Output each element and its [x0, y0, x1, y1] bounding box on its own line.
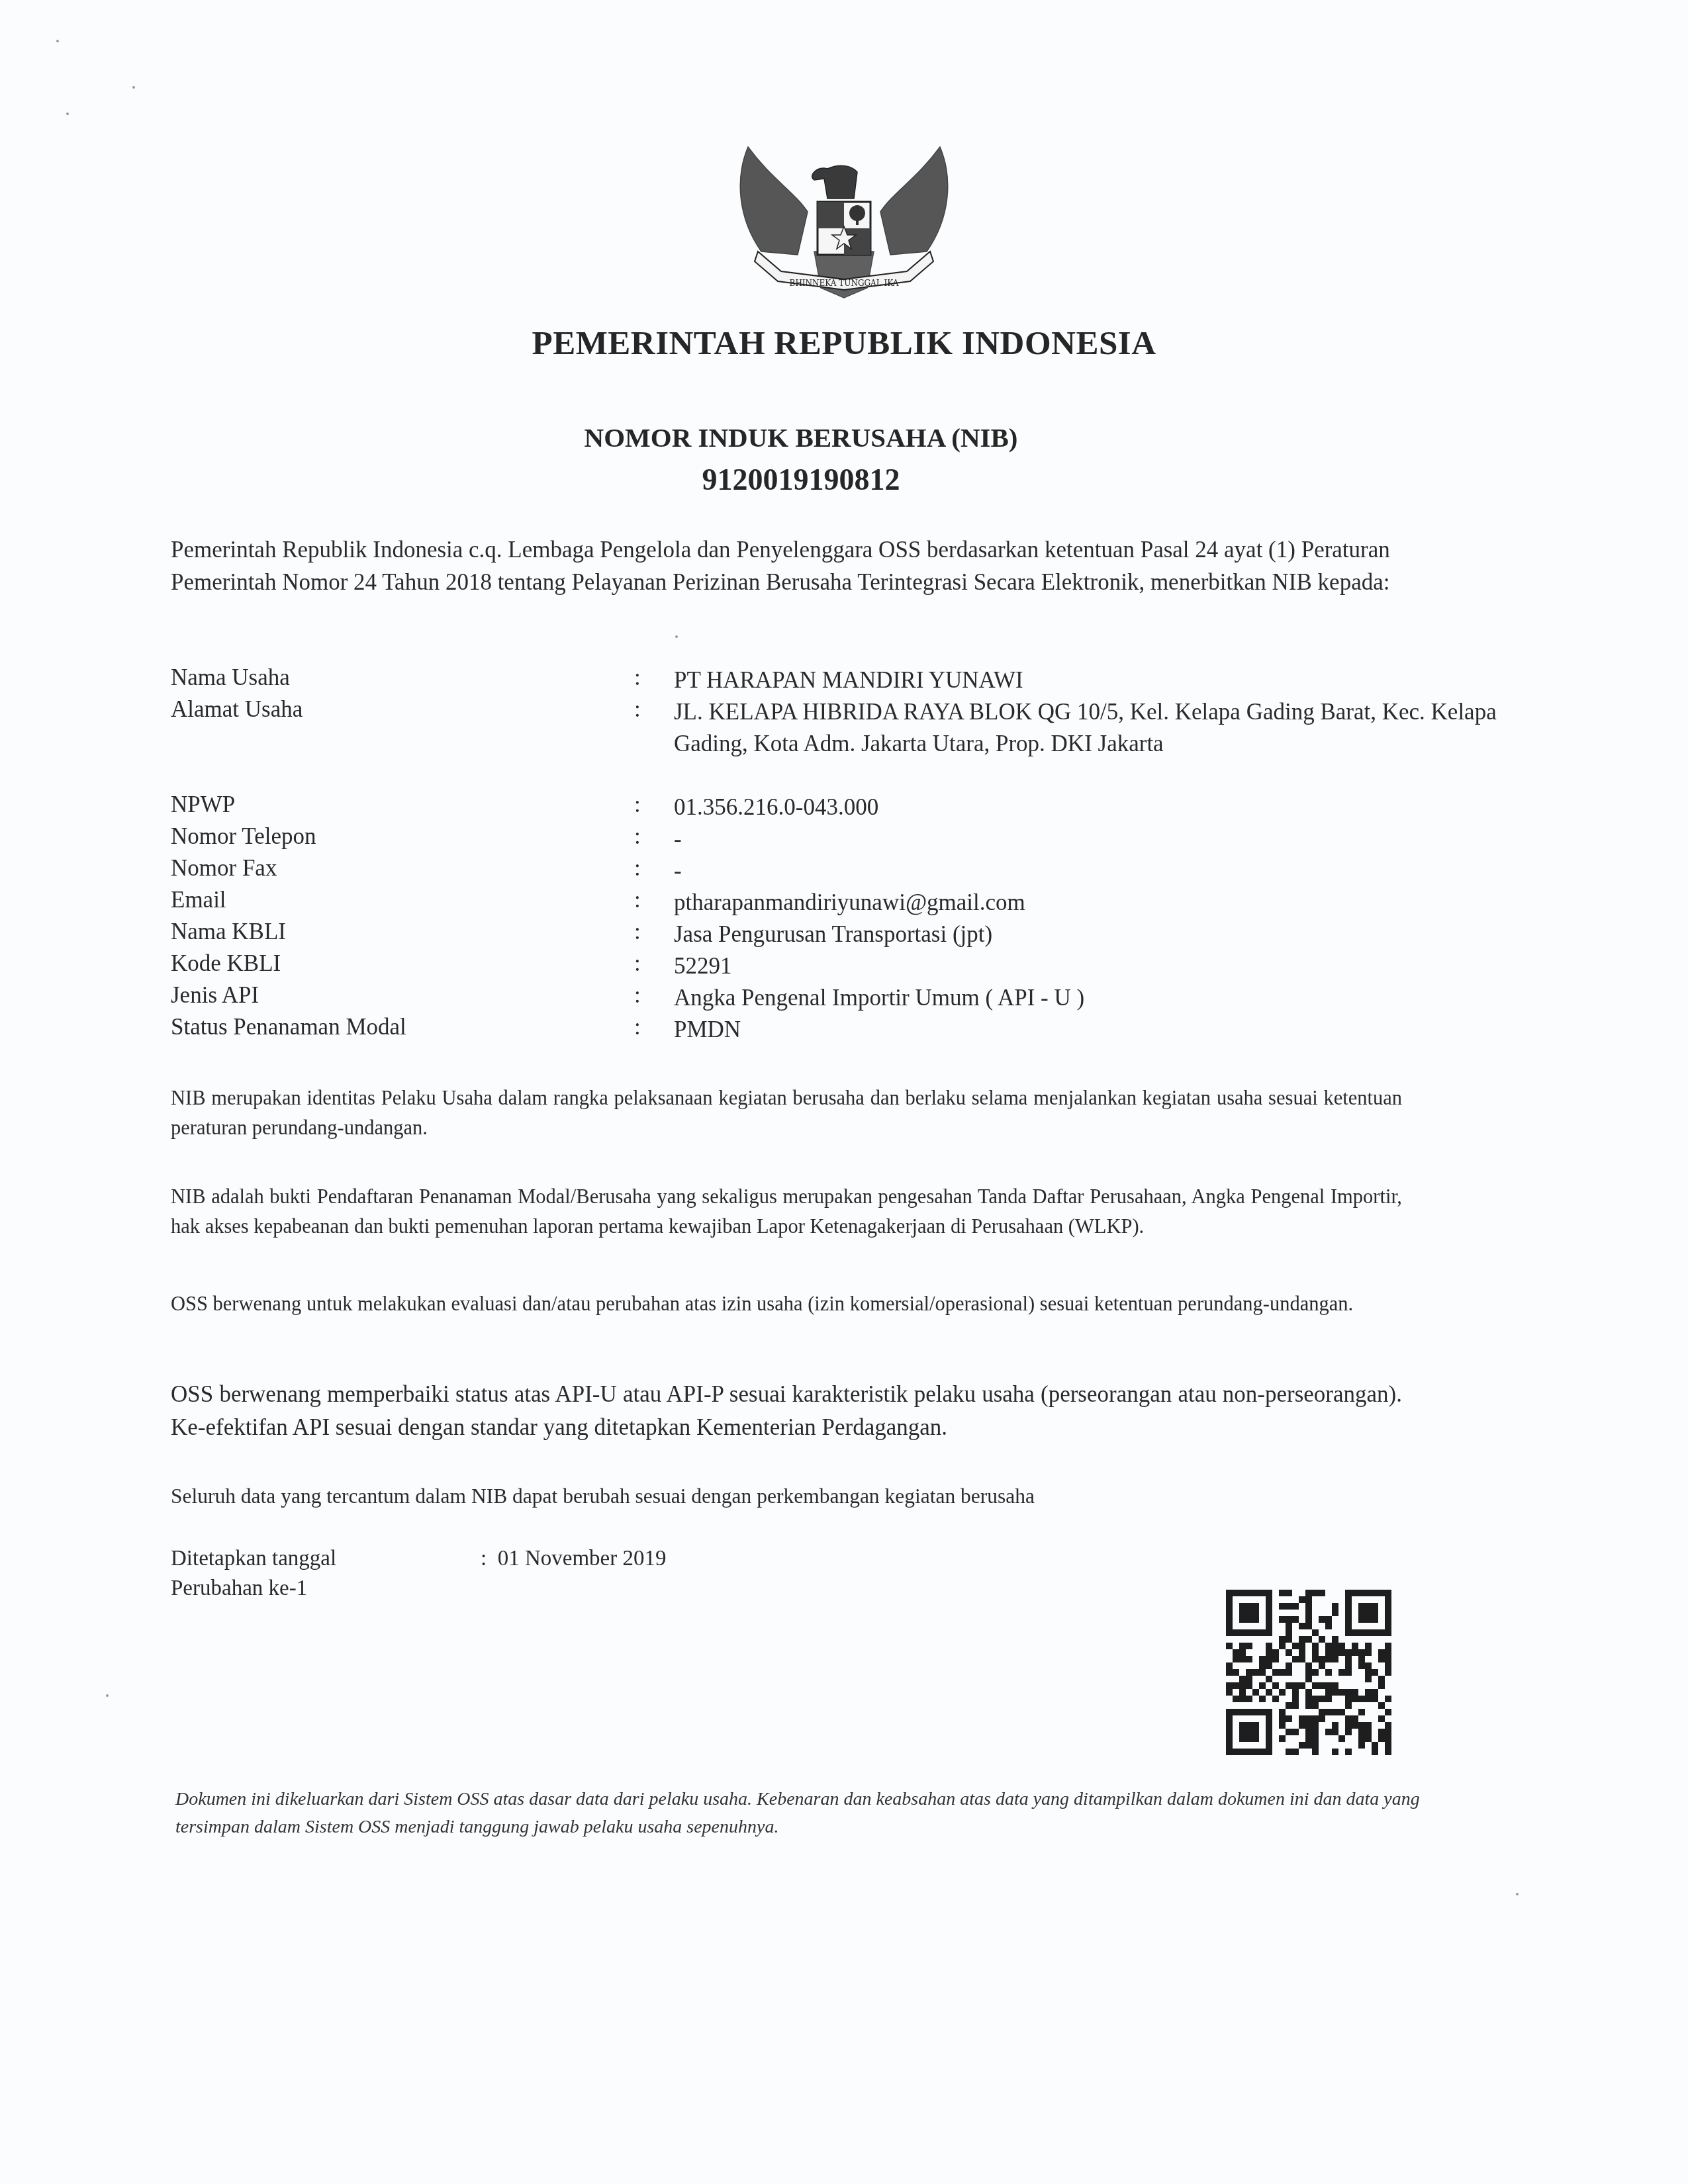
issued-date-label: Ditetapkan tanggal — [171, 1544, 481, 1574]
field-value: PT HARAPAN MANDIRI YUNAWI — [674, 664, 1554, 696]
field-label: Nama KBLI — [171, 919, 286, 945]
document-title: PEMERINTAH REPUBLIK INDONESIA — [0, 324, 1688, 363]
field-colon: : — [634, 1014, 641, 1040]
scan-speck — [56, 40, 59, 42]
paragraph-nib-proof: NIB adalah bukti Pendaftaran Penanaman M… — [171, 1182, 1402, 1242]
field-label: NPWP — [171, 792, 235, 818]
field-value: Jasa Pengurusan Transportasi (jpt) — [674, 919, 1554, 950]
scan-speck — [106, 1694, 109, 1697]
field-label: Kode KBLI — [171, 950, 281, 977]
field-label: Nomor Fax — [171, 855, 277, 882]
paragraph-nib-identity: NIB merupakan identitas Pelaku Usaha dal… — [171, 1083, 1402, 1143]
field-label: Status Penanaman Modal — [171, 1014, 406, 1040]
field-colon: : — [634, 919, 641, 945]
svg-text:BHINNEKA TUNGGAL IKA: BHINNEKA TUNGGAL IKA — [790, 279, 899, 288]
field-label: Alamat Usaha — [171, 696, 303, 723]
field-value: - — [674, 823, 1554, 855]
field-colon: : — [634, 696, 641, 723]
field-label: Email — [171, 887, 226, 913]
field-colon: : — [634, 982, 641, 1009]
scan-speck — [1516, 1893, 1519, 1895]
field-colon: : — [634, 792, 641, 818]
nib-number: 9120019190812 — [0, 462, 1602, 497]
paragraph-oss-evaluation: OSS berwenang untuk melakukan evaluasi d… — [171, 1289, 1402, 1319]
issued-date-row: Ditetapkan tanggal: 01 November 2019 — [171, 1544, 666, 1574]
qr-code-icon — [1226, 1590, 1391, 1755]
field-colon: : — [634, 855, 641, 882]
scan-speck — [132, 86, 135, 89]
issuance-info: Ditetapkan tanggal: 01 November 2019 Per… — [171, 1544, 666, 1604]
field-label: Jenis API — [171, 982, 259, 1009]
field-value: ptharapanmandiriyunawi@gmail.com — [674, 887, 1554, 919]
field-label: Nomor Telepon — [171, 823, 316, 850]
scan-speck — [675, 635, 678, 638]
revision-label: Perubahan ke-1 — [171, 1574, 666, 1604]
field-value: 52291 — [674, 950, 1554, 982]
document-subtitle: NOMOR INDUK BERUSAHA (NIB) — [0, 422, 1602, 453]
field-value: PMDN — [674, 1014, 1554, 1046]
issued-colon: : — [481, 1547, 487, 1570]
field-colon: : — [634, 887, 641, 913]
field-colon: : — [634, 950, 641, 977]
field-value: 01.356.216.0-043.000 — [674, 792, 1554, 823]
garuda-emblem-icon: BHINNEKA TUNGGAL IKA — [735, 139, 953, 301]
scan-speck — [66, 113, 69, 115]
intro-paragraph: Pemerintah Republik Indonesia c.q. Lemba… — [171, 533, 1429, 598]
paragraph-data-change: Seluruh data yang tercantum dalam NIB da… — [171, 1481, 1402, 1511]
disclaimer-footnote: Dokumen ini dikeluarkan dari Sistem OSS … — [175, 1786, 1420, 1841]
issued-date-value: 01 November 2019 — [498, 1547, 667, 1570]
field-value: JL. KELAPA HIBRIDA RAYA BLOK QG 10/5, Ke… — [674, 696, 1554, 760]
field-value: - — [674, 855, 1554, 887]
paragraph-oss-api-status: OSS berwenang memperbaiki status atas AP… — [171, 1378, 1402, 1444]
field-colon: : — [634, 823, 641, 850]
field-label: Nama Usaha — [171, 664, 290, 691]
field-colon: : — [634, 664, 641, 691]
field-value: Angka Pengenal Importir Umum ( API - U ) — [674, 982, 1554, 1014]
